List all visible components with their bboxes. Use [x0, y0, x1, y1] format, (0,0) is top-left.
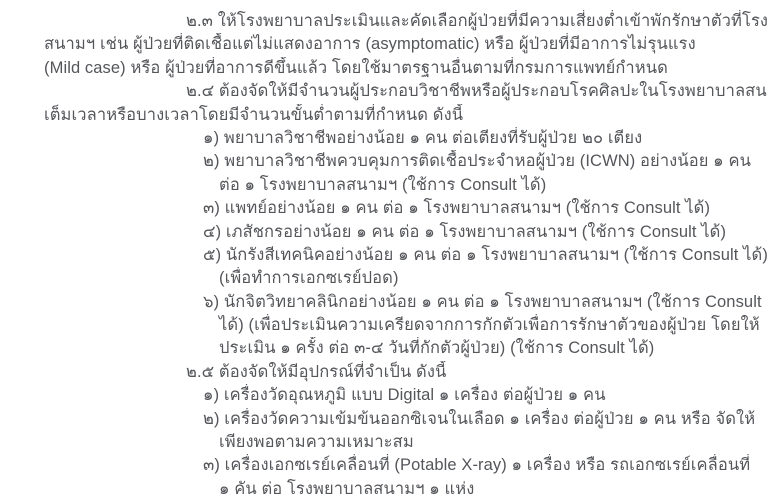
text-line: สนามฯ เช่น ผู้ป่วยที่ติดเชื้อแต่ไม่แสดงอ…: [0, 33, 768, 56]
text-line: ๓) แพทย์อย่างน้อย ๑ คน ต่อ ๑ โรงพยาบาลสน…: [0, 197, 768, 220]
text-line: ๒.๔ ต้องจัดให้มีจำนวนผู้ประกอบวิชาชีพหรื…: [0, 80, 768, 103]
document-page: ๒.๓ ให้โรงพยาบาลประเมินและคัดเลือกผู้ป่ว…: [0, 0, 768, 502]
text-line: ๑ คัน ต่อ โรงพยาบาลสนามฯ ๑ แห่ง: [0, 478, 768, 501]
text-line: ๒) พยาบาลวิชาชีพควบคุมการติดเชื้อประจำหอ…: [0, 150, 768, 173]
text-line: ประเมิน ๑ ครั้ง ต่อ ๓-๔ วันที่กักตัวผู้ป…: [0, 337, 768, 360]
text-line: เพียงพอตามความเหมาะสม: [0, 431, 768, 454]
text-line: ๒.๕ ต้องจัดให้มีอุปกรณ์ที่จำเป็น ดังนี้: [0, 361, 768, 384]
text-line: ๔) เภสัชกรอย่างน้อย ๑ คน ต่อ ๑ โรงพยาบาล…: [0, 221, 768, 244]
text-line: (เพื่อทำการเอกซเรย์ปอด): [0, 267, 768, 290]
text-line: ๑) พยาบาลวิชาชีพอย่างน้อย ๑ คน ต่อเตียงท…: [0, 127, 768, 150]
text-line: ๓) เครื่องเอกซเรย์เคลื่อนที่ (Potable X-…: [0, 454, 768, 477]
text-line: (Mild case) หรือ ผู้ป่วยที่อาการดีขึ้นแล…: [0, 57, 768, 80]
text-line: เต็มเวลาหรือบางเวลาโดยมีจำนวนขั้นต่ำตามท…: [0, 104, 768, 127]
document-body: ๒.๓ ให้โรงพยาบาลประเมินและคัดเลือกผู้ป่ว…: [0, 10, 768, 501]
text-line: ๑) เครื่องวัดอุณหภูมิ แบบ Digital ๑ เครื…: [0, 384, 768, 407]
text-line: ๒.๓ ให้โรงพยาบาลประเมินและคัดเลือกผู้ป่ว…: [0, 10, 768, 33]
text-line: ๒) เครื่องวัดความเข้มข้นออกซิเจนในเลือด …: [0, 408, 768, 431]
text-line: ๖) นักจิตวิทยาคลินิกอย่างน้อย ๑ คน ต่อ ๑…: [0, 291, 768, 314]
text-line: ต่อ ๑ โรงพยาบาลสนามฯ (ใช้การ Consult ได้…: [0, 174, 768, 197]
text-line: ได้) (เพื่อประเมินความเครียดจากการกักตัว…: [0, 314, 768, 337]
text-line: ๕) นักรังสีเทคนิคอย่างน้อย ๑ คน ต่อ ๑ โร…: [0, 244, 768, 267]
